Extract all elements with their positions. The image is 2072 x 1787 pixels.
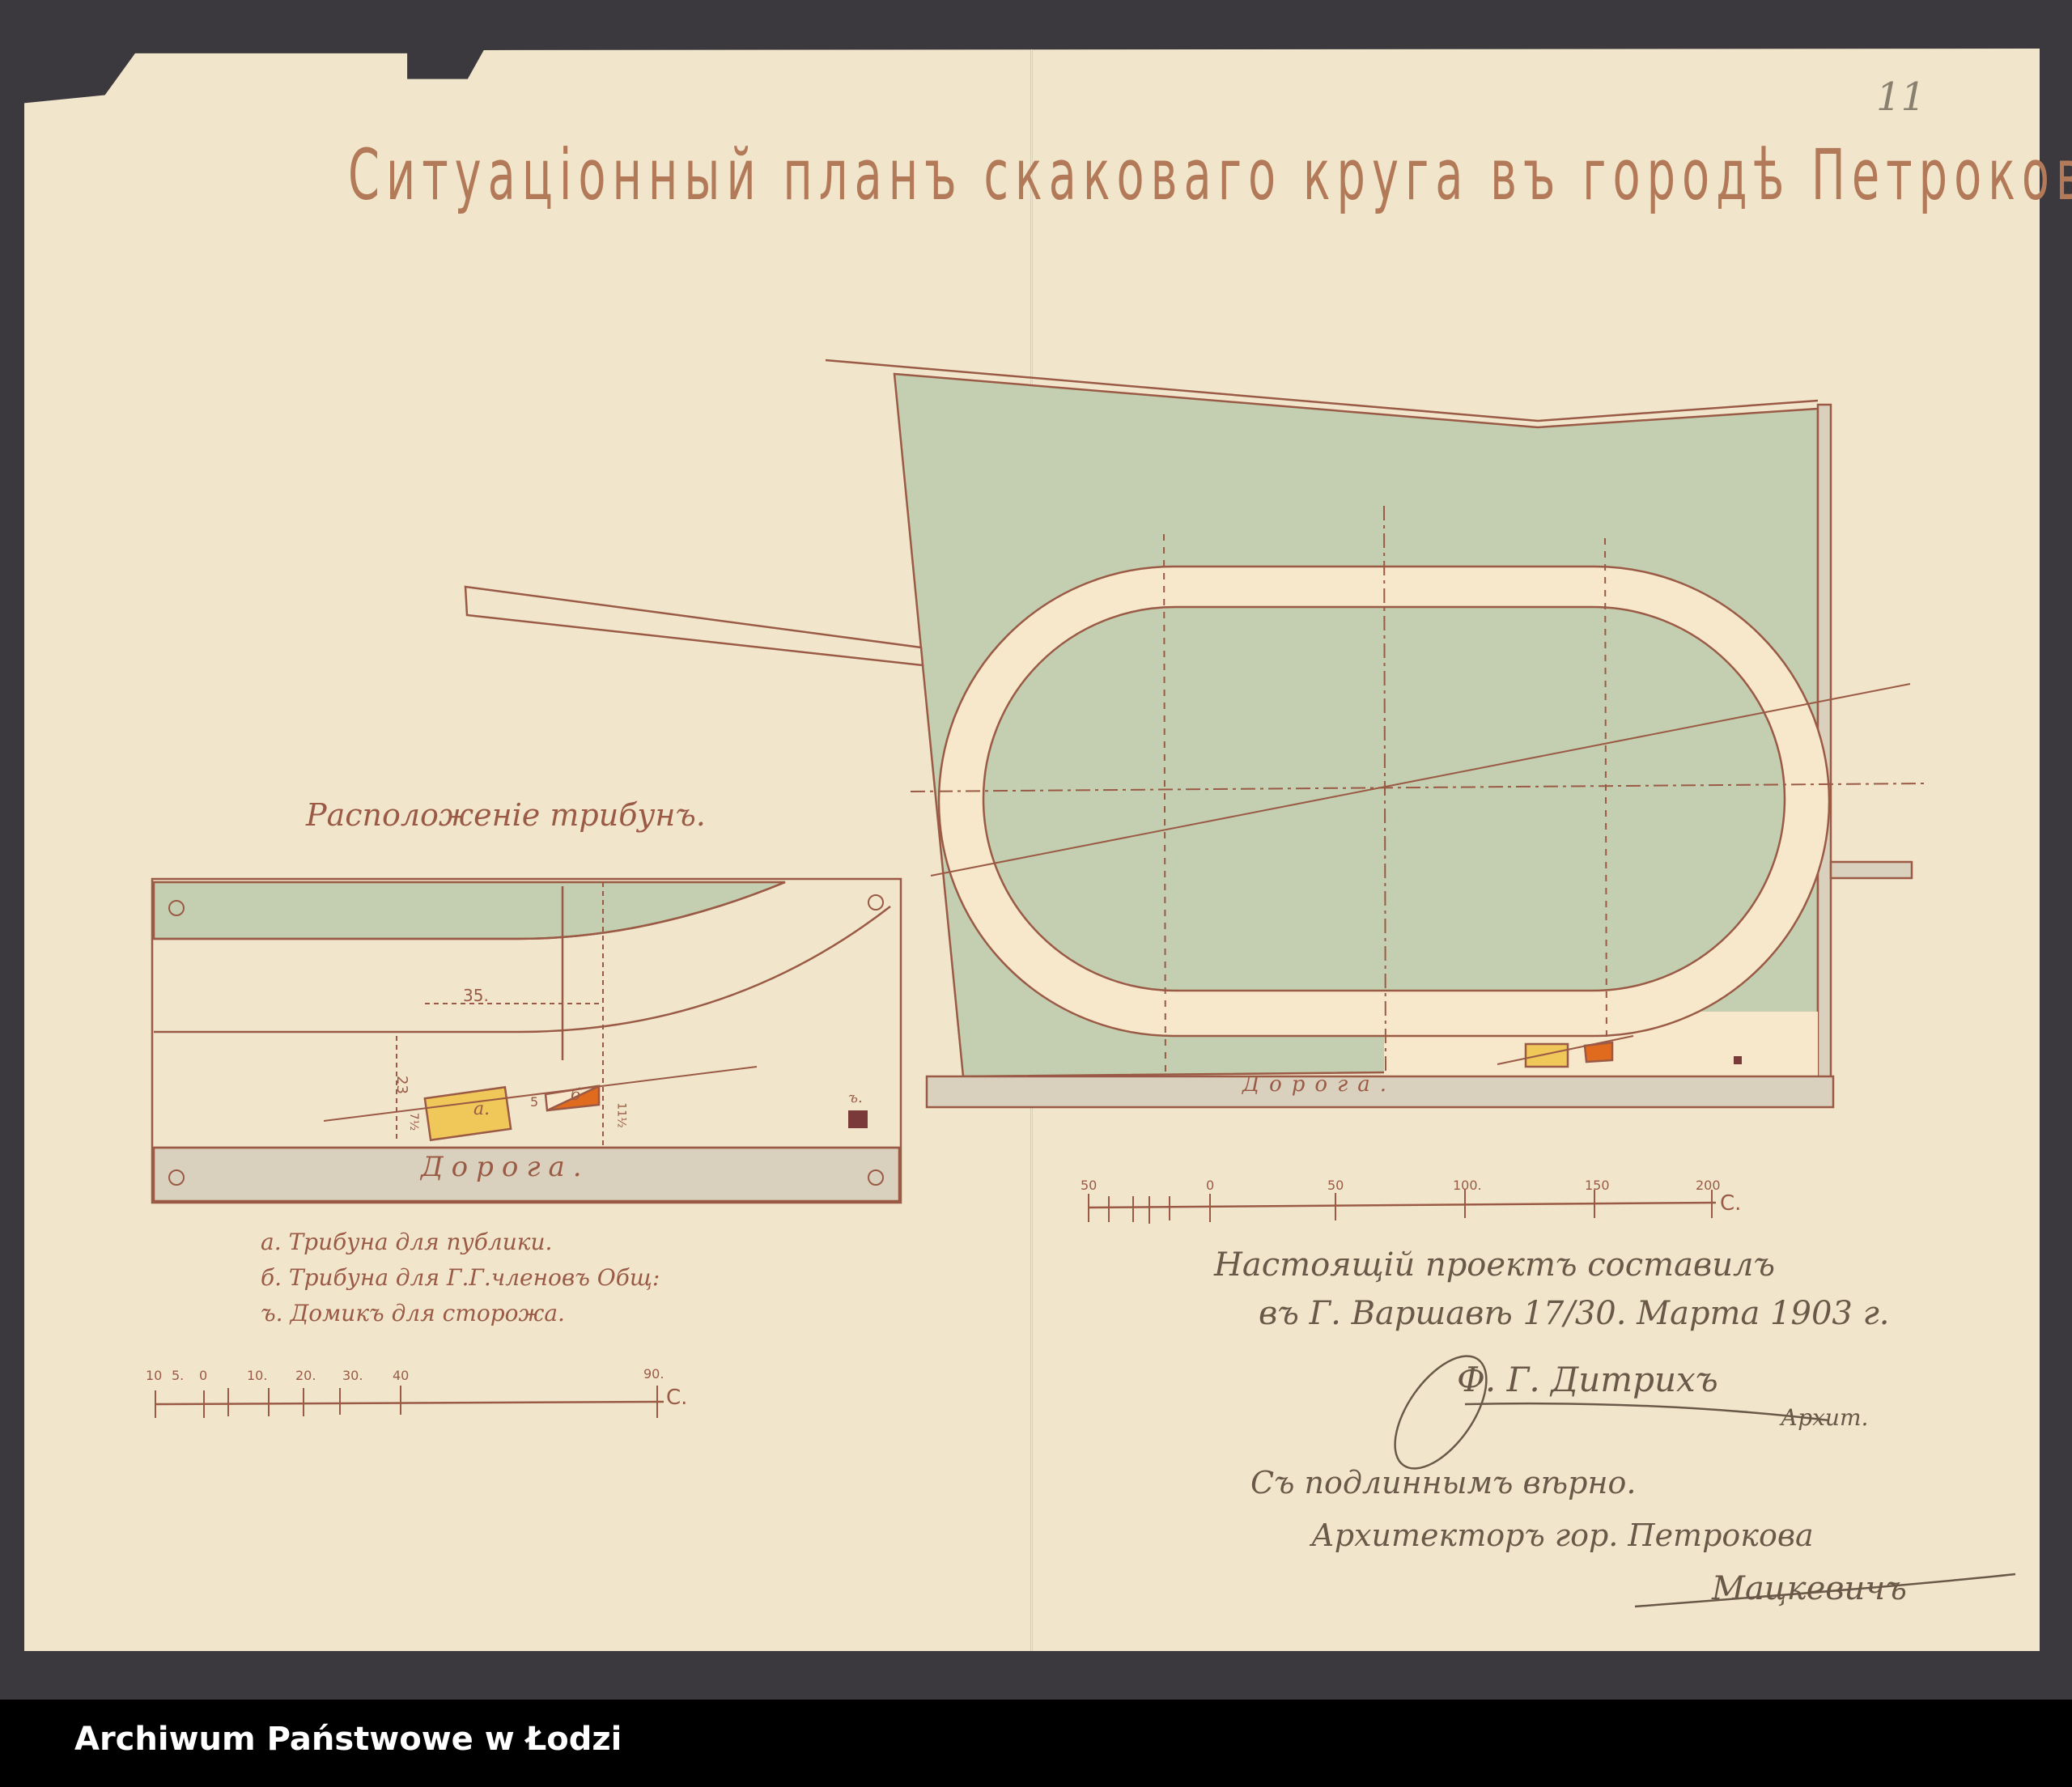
annotation-line2: въ Г. Варшавѣ 17/30. Марта 1903 г. bbox=[1259, 1295, 1890, 1332]
page-number: 11 bbox=[1876, 74, 1926, 120]
archive-name: Archiwum Państwowe w Łodzi bbox=[74, 1721, 622, 1758]
legend-item: б. Трибуна для Г.Г.членовъ Общ: bbox=[261, 1264, 660, 1291]
inset-road-label: Дорога. bbox=[421, 1151, 590, 1183]
annotation-line3: Съ подлиннымъ вѣрно. bbox=[1250, 1465, 1636, 1500]
dimension-35: 35. bbox=[463, 986, 489, 1005]
signature-mackiewicz: Мацкевичъ bbox=[1712, 1570, 1907, 1607]
dimension-11: 11½ bbox=[615, 1102, 628, 1127]
main-road-label: Дорога. bbox=[1242, 1072, 1396, 1097]
dimension-5: 5 bbox=[530, 1094, 538, 1110]
annotation-line1: Настоящій проектъ составилъ bbox=[1214, 1246, 1775, 1284]
archive-footer: Archiwum Państwowe w Łodzi bbox=[0, 1700, 2072, 1787]
marker-b: б bbox=[571, 1085, 580, 1104]
marker-a: а. bbox=[473, 1099, 490, 1119]
signature-title: Архит. bbox=[1781, 1404, 1868, 1431]
signature-dietrich: Ф. Г. Дитрихъ bbox=[1457, 1360, 1718, 1399]
annotation-line4: Архитекторъ гор. Петрокова bbox=[1311, 1517, 1814, 1553]
site-plan-drawing bbox=[0, 0, 2072, 1700]
page-title: Ситуаціонный планъ скаковаго круга въ го… bbox=[348, 134, 1675, 216]
legend-item: а. Трибуна для публики. bbox=[261, 1229, 552, 1255]
marker-c: ъ. bbox=[848, 1089, 863, 1106]
dimension-7: 7½ bbox=[407, 1113, 420, 1131]
inset-heading: Расположеніе трибунъ. bbox=[306, 797, 706, 833]
guardhouse bbox=[848, 1110, 868, 1128]
dimension-23: 23 bbox=[393, 1076, 410, 1094]
legend-item: ъ. Домикъ для сторожа. bbox=[261, 1300, 565, 1326]
